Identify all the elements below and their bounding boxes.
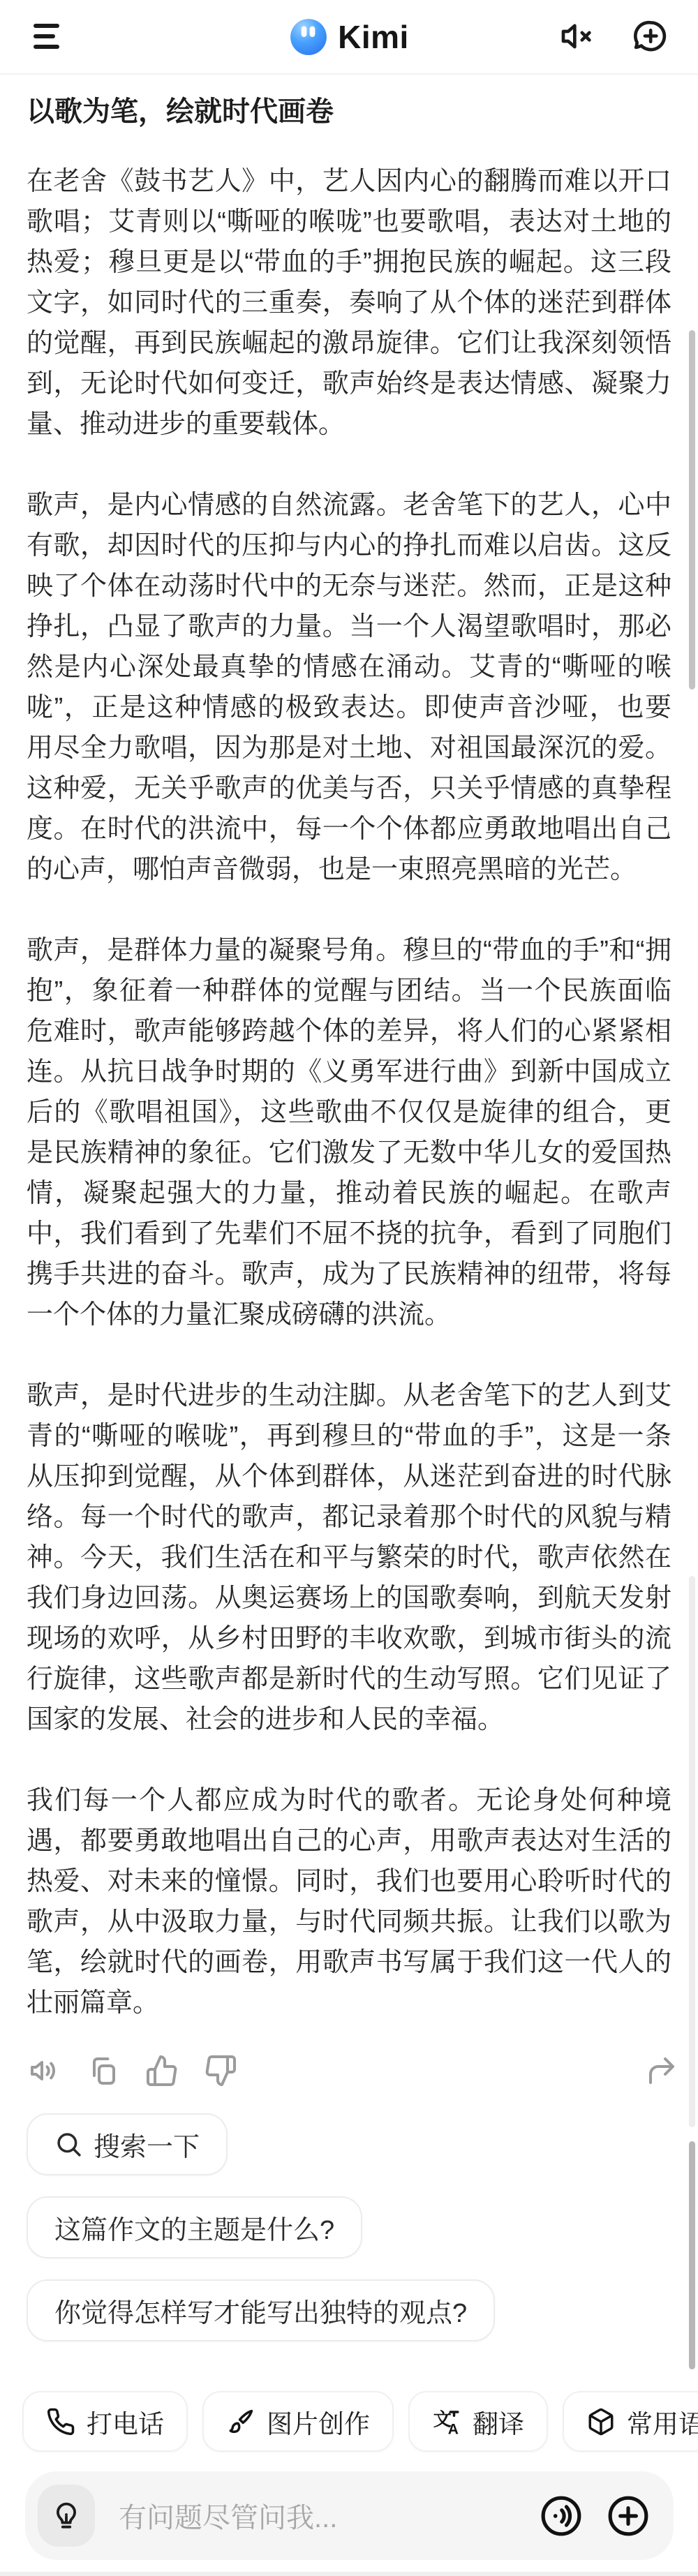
tool-label: 翻译 [473,2403,524,2441]
message-input-placeholder[interactable]: 有问题尽管问我... [119,2496,540,2536]
scrollbar-thumb[interactable] [689,330,695,690]
tool-label: 常用语 [627,2403,698,2441]
thumbs-down-icon[interactable] [204,2054,237,2087]
paintbrush-icon [226,2407,255,2436]
tool-label: 图片创作 [267,2403,370,2441]
bottom-divider [0,2572,698,2576]
lightbulb-mode-button[interactable] [38,2485,95,2547]
tool-common-phrases[interactable]: 常用语 [563,2391,698,2452]
suggested-question[interactable]: 这篇作文的主题是什么? [27,2196,362,2258]
search-suggestion-row: 搜索一下 [27,2113,698,2175]
app-title: Kimi [338,18,409,56]
article-paragraph: 歌声，是内心情感的自然流露。老舍笔下的艺人，心中有歌，却因时代的压抑与内心的挣扎… [27,485,671,890]
read-aloud-icon[interactable] [28,2054,61,2087]
mute-speaker-icon[interactable] [558,17,597,56]
message-input-bar[interactable]: 有问题尽管问我... [25,2471,674,2560]
chat-message-article: 以歌为笔，绘就时代画卷 在老舍《鼓书艺人》中，艺人因内心的翻腾而难以开口歌唱；艾… [0,93,698,2023]
suggested-question[interactable]: 你觉得怎样写才能写出独特的观点? [27,2279,495,2342]
article-paragraph: 歌声，是时代进步的生动注脚。从老舍笔下的艺人到艾青的“嘶哑的喉咙”，再到穆旦的“… [27,1376,671,1740]
cube-icon [586,2407,616,2436]
kimi-chat-screen: Kimi 以歌为笔，绘就时代画卷 在老舍《鼓书艺人》中，艺人因内心的翻腾而难以开… [0,0,698,2576]
quick-tools-toolbar: 打电话 图片创作 文A 翻译 常用语 写作 [22,2391,698,2452]
menu-icon[interactable] [34,24,61,52]
copy-icon[interactable] [87,2054,120,2087]
article-title: 以歌为笔，绘就时代画卷 [27,93,671,131]
tool-label: 打电话 [87,2403,164,2441]
suggested-question-row: 你觉得怎样写才能写出独特的观点? [27,2279,698,2342]
tool-phone-call[interactable]: 打电话 [22,2391,188,2452]
suggested-question-row: 这篇作文的主题是什么? [27,2196,698,2258]
tool-image-creation[interactable]: 图片创作 [202,2391,394,2452]
svg-text:A: A [448,2421,459,2436]
share-icon[interactable] [645,2054,678,2087]
article-paragraph: 歌声，是群体力量的凝聚号角。穆旦的“带血的手”和“拥抱”，象征着一种群体的觉醒与… [27,930,671,1335]
thumbs-up-icon[interactable] [145,2054,179,2087]
search-button-label: 搜索一下 [94,2125,200,2164]
app-header: Kimi [0,0,698,75]
search-button[interactable]: 搜索一下 [27,2113,228,2175]
article-paragraph: 在老舍《鼓书艺人》中，艺人因内心的翻腾而难以开口歌唱；艾青则以“嘶哑的喉咙”也要… [27,161,671,445]
message-actions-row [28,2054,678,2087]
lightbulb-icon [50,2500,82,2532]
scrollbar-thumb[interactable] [689,2141,695,2369]
search-icon [54,2130,84,2159]
article-paragraph: 我们每一个人都应成为时代的歌者。无论身处何种境遇，都要勇敢地唱出自己的心声，用歌… [27,1780,671,2023]
scrollbar-thumb-faded[interactable] [689,1576,695,2127]
suggested-question-label: 这篇作文的主题是什么? [54,2208,334,2247]
kimi-logo-icon [289,17,328,57]
suggested-question-label: 你觉得怎样写才能写出独特的观点? [54,2291,467,2330]
attach-plus-icon[interactable] [607,2494,650,2538]
translate-icon: 文A [432,2407,461,2436]
new-chat-icon[interactable] [630,17,669,56]
phone-icon [46,2407,75,2436]
tool-translate[interactable]: 文A 翻译 [408,2391,548,2452]
voice-input-icon[interactable] [540,2494,583,2538]
